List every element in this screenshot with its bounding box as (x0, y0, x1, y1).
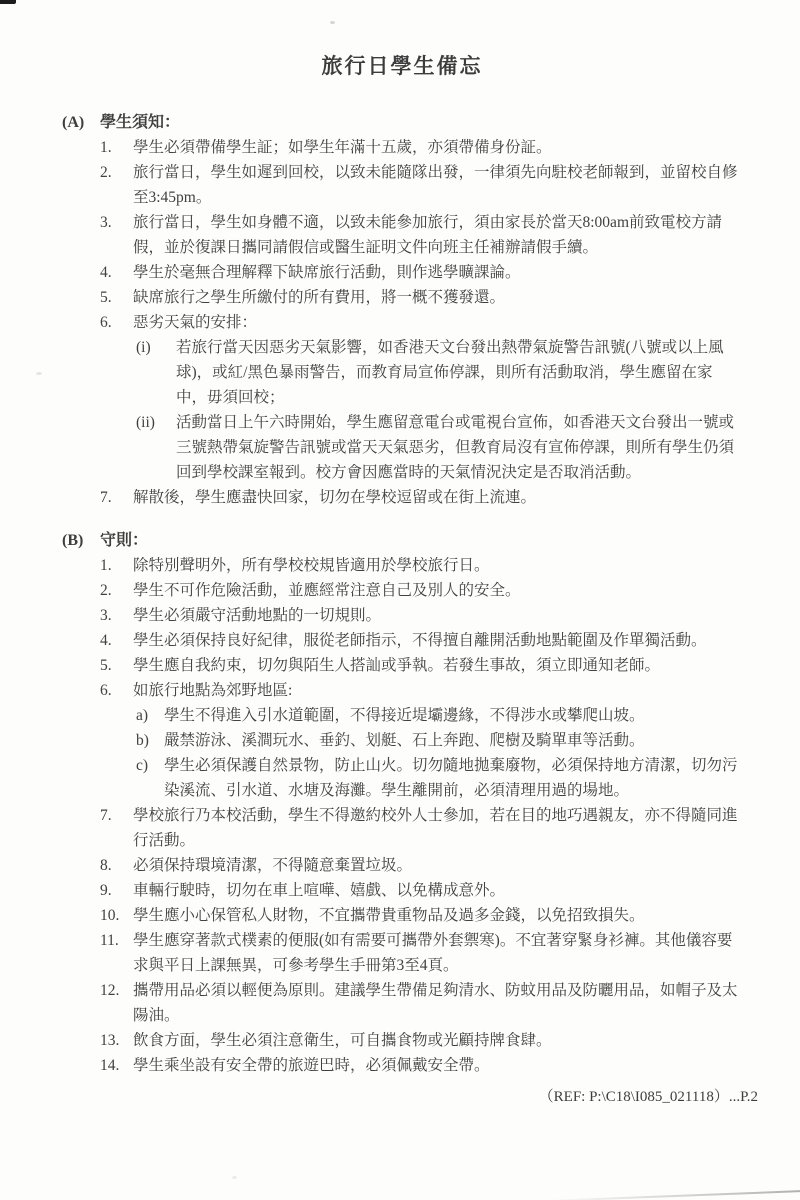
list-item: 9. 車輛行駛時，切勿在車上喧嘩、嬉戲、以免構成意外。 (100, 878, 742, 903)
section-b: (B) 守則： 1. 除特別聲明外，所有學校校規皆適用於學校旅行日。 2. 學生… (62, 528, 742, 1078)
sub-list-item: c) 學生必須保護自然景物，防止山火。切勿隨地拋棄廢物，必須保持地方清潔，切勿污… (136, 753, 742, 803)
list-item: 7. 解散後，學生應盡快回家，切勿在學校逗留或在街上流連。 (100, 485, 742, 510)
item-number: 7. (100, 803, 133, 853)
list-item: 11. 學生應穿著款式樸素的便服(如有需要可攜帶外套禦寒)。不宜著穿緊身衫褲。其… (100, 928, 742, 978)
item-number: 5. (100, 653, 133, 678)
item-text: 學校旅行乃本校活動，學生不得邀約校外人士參加，若在目的地巧遇親友，亦不得隨同進行… (133, 803, 742, 853)
list-item: 8. 必須保持環境清潔，不得隨意棄置垃圾。 (100, 853, 742, 878)
section-a-items: 1. 學生必須帶備學生証；如學生年滿十五歲，亦須帶備身份証。 2. 旅行當日，學… (100, 135, 742, 510)
item-text: 攜帶用品必須以輕便為原則。建議學生帶備足夠清水、防蚊用品及防曬用品，如帽子及太陽… (133, 978, 742, 1028)
page-title: 旅行日學生備忘 (62, 50, 742, 80)
item-number: b) (136, 728, 164, 753)
item-text: 學生應穿著款式樸素的便服(如有需要可攜帶外套禦寒)。不宜著穿緊身衫褲。其他儀容要… (133, 928, 742, 978)
item-text: 旅行當日，學生如遲到回校，以致未能隨隊出發，一律須先向駐校老師報到，並留校自修至… (133, 160, 742, 210)
item-text: 學生不可作危險活動，並應經常注意自己及別人的安全。 (133, 578, 742, 603)
item-text: 若旅行當天因惡劣天氣影響，如香港天文台發出熱帶氣旋警告訊號(八號或以上風球)，或… (176, 335, 742, 410)
item-number: 12. (100, 978, 133, 1028)
list-item: 6. 惡劣天氣的安排： (100, 310, 742, 335)
section-heading-text: 學生須知： (100, 110, 180, 135)
item-number: 1. (100, 135, 133, 160)
section-b-heading: (B) 守則： (62, 528, 742, 553)
item-text: 學生必須嚴守活動地點的一切規則。 (133, 603, 742, 628)
list-item: 1. 學生必須帶備學生証；如學生年滿十五歲，亦須帶備身份証。 (100, 135, 742, 160)
scan-artifact (544, 1190, 800, 1200)
item-text: 學生不得進入引水道範圍，不得接近堤壩邊緣，不得涉水或攀爬山坡。 (164, 703, 742, 728)
list-item: 1. 除特別聲明外，所有學校校規皆適用於學校旅行日。 (100, 553, 742, 578)
sub-list-item: a) 學生不得進入引水道範圍，不得接近堤壩邊緣，不得涉水或攀爬山坡。 (136, 703, 742, 728)
item-number: 5. (100, 285, 133, 310)
item-number: c) (136, 753, 164, 803)
item-text: 飲食方面，學生必須注意衛生，可自攜食物或光顧持牌食肆。 (133, 1028, 742, 1053)
item-text: 學生於毫無合理解釋下缺席旅行活動，則作逃學曠課論。 (133, 260, 742, 285)
item-number: 4. (100, 260, 133, 285)
scanned-document-page: 旅行日學生備忘 (A) 學生須知： 1. 學生必須帶備學生証；如學生年滿十五歲，… (0, 0, 800, 1200)
item-text: 學生必須保護自然景物，防止山火。切勿隨地拋棄廢物，必須保持地方清潔，切勿污染溪流… (164, 753, 742, 803)
list-item: 12. 攜帶用品必須以輕便為原則。建議學生帶備足夠清水、防蚊用品及防曬用品，如帽… (100, 978, 742, 1028)
item-number: 2. (100, 160, 133, 210)
list-item: 7. 學校旅行乃本校活動，學生不得邀約校外人士參加，若在目的地巧遇親友，亦不得隨… (100, 803, 742, 853)
sub-list-item: (ii) 活動當日上午六時開始，學生應留意電台或電視台宣佈，如香港天文台發出一號… (136, 410, 742, 485)
item-number: 13. (100, 1028, 133, 1053)
list-item: 5. 缺席旅行之學生所繳付的所有費用，將一概不獲發還。 (100, 285, 742, 310)
list-item: 10. 學生應小心保管私人財物，不宜攜帶貴重物品及過多金錢，以免招致損失。 (100, 903, 742, 928)
item-text: 如旅行地點為郊野地區: (133, 678, 742, 703)
item-text: 解散後，學生應盡快回家，切勿在學校逗留或在街上流連。 (133, 485, 742, 510)
item-number: 3. (100, 210, 133, 260)
item-text: 學生必須帶備學生証；如學生年滿十五歲，亦須帶備身份証。 (133, 135, 742, 160)
item-number: 6. (100, 310, 133, 335)
item-number: 11. (100, 928, 133, 978)
item-text: 嚴禁游泳、溪澗玩水、垂釣、划艇、石上奔跑、爬樹及騎單車等活動。 (164, 728, 742, 753)
item-text: 學生應自我約束，切勿與陌生人搭訕或爭執。若發生事故，須立即通知老師。 (133, 653, 742, 678)
list-item: 14. 學生乘坐設有安全帶的旅遊巴時，必須佩戴安全帶。 (100, 1053, 742, 1078)
item-text: 缺席旅行之學生所繳付的所有費用，將一概不獲發還。 (133, 285, 742, 310)
document-content: 旅行日學生備忘 (A) 學生須知： 1. 學生必須帶備學生証；如學生年滿十五歲，… (0, 0, 800, 1108)
reference-footnote: （REF: P:\C18\I085_021118）...P.2 (62, 1086, 758, 1108)
list-item: 5. 學生應自我約束，切勿與陌生人搭訕或爭執。若發生事故，須立即通知老師。 (100, 653, 742, 678)
list-item: 2. 學生不可作危險活動，並應經常注意自己及別人的安全。 (100, 578, 742, 603)
list-item: 4. 學生必須保持良好紀律，服從老師指示，不得擅自離開活動地點範圍及作單獨活動。 (100, 628, 742, 653)
item-text: 必須保持環境清潔，不得隨意棄置垃圾。 (133, 853, 742, 878)
list-item: 2. 旅行當日，學生如遲到回校，以致未能隨隊出發，一律須先向駐校老師報到，並留校… (100, 160, 742, 210)
item-number: 2. (100, 578, 133, 603)
list-item: 3. 旅行當日，學生如身體不適，以致未能參加旅行，須由家長於當天8:00am前致… (100, 210, 742, 260)
item-text: 學生必須保持良好紀律，服從老師指示，不得擅自離開活動地點範圍及作單獨活動。 (133, 628, 742, 653)
item-number: 8. (100, 853, 133, 878)
item-number: 14. (100, 1053, 133, 1078)
sub-list: (i) 若旅行當天因惡劣天氣影響，如香港天文台發出熱帶氣旋警告訊號(八號或以上風… (136, 335, 742, 485)
list-item: 4. 學生於毫無合理解釋下缺席旅行活動，則作逃學曠課論。 (100, 260, 742, 285)
item-number: 6. (100, 678, 133, 703)
section-heading-text: 守則： (100, 528, 148, 553)
item-number: (i) (136, 335, 176, 410)
scan-artifact (232, 1176, 237, 1179)
section-b-items: 1. 除特別聲明外，所有學校校規皆適用於學校旅行日。 2. 學生不可作危險活動，… (100, 553, 742, 1078)
item-text: 學生應小心保管私人財物，不宜攜帶貴重物品及過多金錢，以免招致損失。 (133, 903, 742, 928)
item-number: 10. (100, 903, 133, 928)
item-number: 4. (100, 628, 133, 653)
sub-list-item: b) 嚴禁游泳、溪澗玩水、垂釣、划艇、石上奔跑、爬樹及騎單車等活動。 (136, 728, 742, 753)
item-number: (ii) (136, 410, 176, 485)
item-text: 惡劣天氣的安排： (133, 310, 742, 335)
list-item: 3. 學生必須嚴守活動地點的一切規則。 (100, 603, 742, 628)
item-text: 除特別聲明外，所有學校校規皆適用於學校旅行日。 (133, 553, 742, 578)
item-number: 3. (100, 603, 133, 628)
section-label: (A) (62, 110, 100, 135)
section-a: (A) 學生須知： 1. 學生必須帶備學生証；如學生年滿十五歲，亦須帶備身份証。… (62, 110, 742, 510)
item-text: 旅行當日，學生如身體不適，以致未能參加旅行，須由家長於當天8:00am前致電校方… (133, 210, 742, 260)
item-number: 7. (100, 485, 133, 510)
list-item: 6. 如旅行地點為郊野地區: (100, 678, 742, 703)
section-label: (B) (62, 528, 100, 553)
sub-list-item: (i) 若旅行當天因惡劣天氣影響，如香港天文台發出熱帶氣旋警告訊號(八號或以上風… (136, 335, 742, 410)
item-text: 活動當日上午六時開始，學生應留意電台或電視台宣佈，如香港天文台發出一號或三號熱帶… (176, 410, 742, 485)
item-number: 1. (100, 553, 133, 578)
list-item: 13. 飲食方面，學生必須注意衛生，可自攜食物或光顧持牌食肆。 (100, 1028, 742, 1053)
section-a-heading: (A) 學生須知： (62, 110, 742, 135)
sub-list: a) 學生不得進入引水道範圍，不得接近堤壩邊緣，不得涉水或攀爬山坡。 b) 嚴禁… (136, 703, 742, 803)
item-text: 學生乘坐設有安全帶的旅遊巴時，必須佩戴安全帶。 (133, 1053, 742, 1078)
item-number: 9. (100, 878, 133, 903)
item-text: 車輛行駛時，切勿在車上喧嘩、嬉戲、以免構成意外。 (133, 878, 742, 903)
item-number: a) (136, 703, 164, 728)
